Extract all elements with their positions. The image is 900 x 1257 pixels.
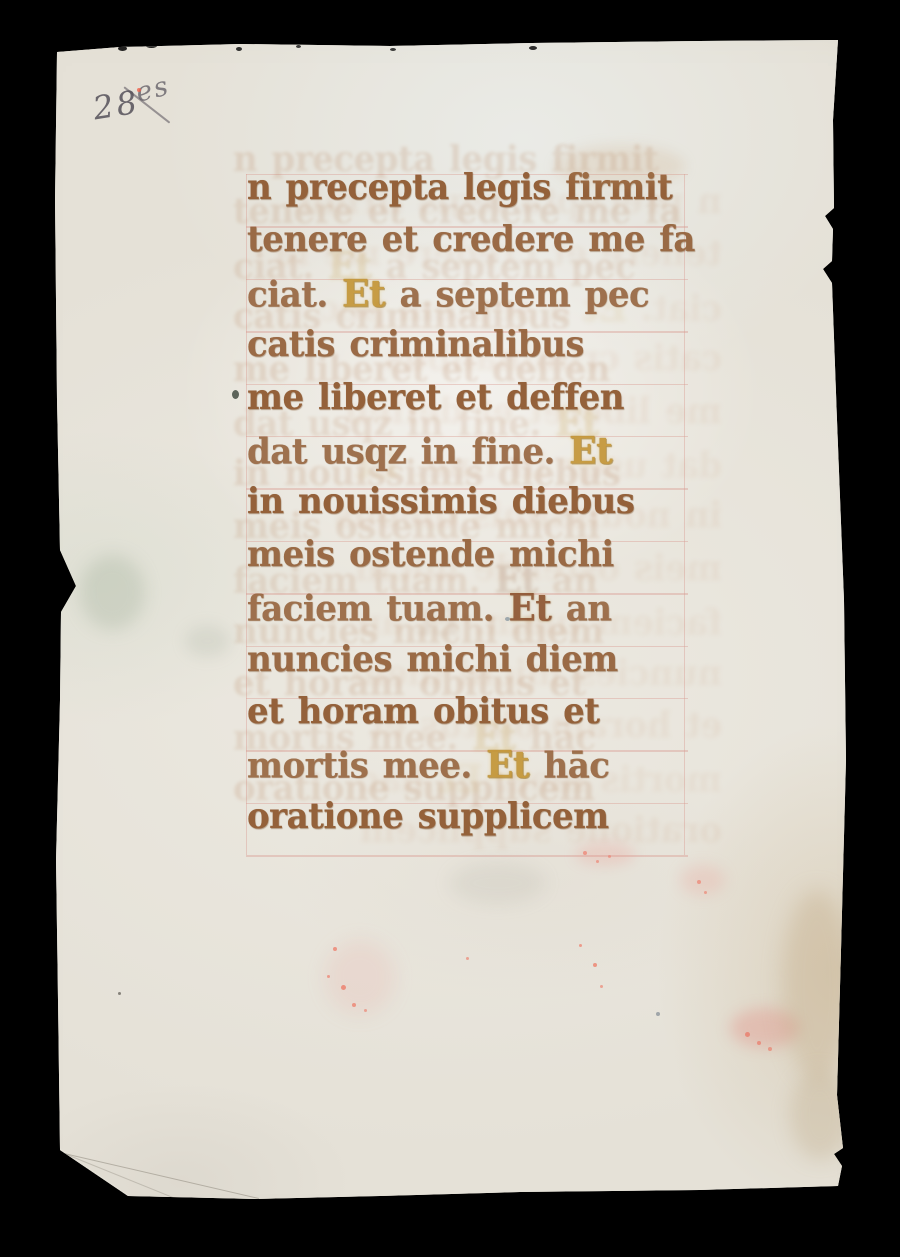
pink-smudge bbox=[680, 865, 725, 895]
manuscript-text-line: n precepta legis firmit bbox=[247, 167, 697, 221]
text-segment: oratione supplicem bbox=[247, 796, 609, 838]
edge-speck bbox=[390, 48, 396, 51]
illuminated-initial: Et bbox=[569, 429, 612, 473]
pink-smudge bbox=[730, 1008, 800, 1048]
text-segment: an bbox=[551, 588, 611, 630]
corner-inscription: es bbox=[133, 70, 173, 108]
text-segment: catis criminalibus bbox=[247, 324, 584, 366]
pink-smudge bbox=[325, 940, 395, 1015]
text-segment: in nouissimis diebus bbox=[247, 481, 635, 523]
text-segment: et horam obitus et bbox=[247, 691, 599, 733]
text-segment: nuncies michi diem bbox=[247, 638, 618, 680]
illuminated-initial: Et bbox=[486, 743, 529, 787]
edge-speck bbox=[236, 47, 242, 51]
red-stain-dot bbox=[341, 985, 346, 990]
manuscript-text-line: ciat. Et a septem pec bbox=[247, 272, 697, 326]
tan-stain bbox=[790, 1070, 850, 1160]
red-stain-dot bbox=[768, 1047, 772, 1051]
edge-speck bbox=[529, 46, 537, 50]
manuscript-text-line: catis criminalibus bbox=[247, 324, 697, 378]
red-stain-dot bbox=[352, 1003, 356, 1007]
red-stain-dot bbox=[593, 963, 597, 967]
text-segment: faciem tuam. bbox=[247, 588, 508, 630]
red-stain-dot bbox=[579, 944, 582, 947]
red-stain-dot bbox=[600, 985, 603, 988]
illuminated-initial: Et bbox=[342, 272, 385, 316]
text-segment: a septem pec bbox=[385, 274, 649, 316]
red-stain-dot bbox=[466, 957, 469, 960]
manuscript-leaf: n precepta legis firmittenere et credere… bbox=[0, 0, 900, 1257]
text-segment: dat usqz in fine. bbox=[247, 431, 569, 473]
manuscript-text-line: meis ostende michi bbox=[247, 534, 697, 588]
text-segment: tenere et credere me fa bbox=[247, 219, 695, 261]
red-stain-dot bbox=[697, 880, 701, 884]
text-segment: hāc bbox=[529, 745, 609, 787]
manuscript-photo: n precepta legis firmittenere et credere… bbox=[0, 0, 900, 1257]
red-stain-dot bbox=[364, 1009, 367, 1012]
red-stain-dot bbox=[745, 1032, 750, 1037]
manuscript-text-line: faciem tuam. Et an bbox=[247, 586, 697, 640]
grey-smudge bbox=[450, 862, 545, 904]
manuscript-text-line: nuncies michi diem bbox=[247, 638, 697, 692]
text-segment: n precepta legis firmit bbox=[247, 167, 672, 209]
manuscript-text-line: oratione supplicem bbox=[247, 796, 697, 850]
text-segment: me liberet et deffen bbox=[247, 377, 624, 419]
edge-speck bbox=[118, 46, 127, 51]
text-segment: mortis mee. bbox=[247, 745, 486, 787]
grey-green-smudge bbox=[80, 555, 145, 630]
edge-speck bbox=[146, 44, 157, 48]
red-stain-dot bbox=[327, 975, 330, 978]
red-stain-dot bbox=[333, 947, 337, 951]
red-stain-dot bbox=[596, 860, 599, 863]
manuscript-text-line: tenere et credere me fa bbox=[247, 219, 697, 273]
ink-speck bbox=[656, 1012, 660, 1016]
grey-green-smudge bbox=[185, 625, 230, 657]
manuscript-text-line: mortis mee. Et hāc bbox=[247, 743, 697, 797]
ruling-line-horizontal bbox=[246, 855, 688, 856]
tan-stain bbox=[782, 890, 852, 1080]
manuscript-text-line: et horam obitus et bbox=[247, 691, 697, 745]
red-stain-dot bbox=[757, 1041, 761, 1045]
ink-speck bbox=[118, 992, 121, 995]
text-segment: ciat. bbox=[247, 274, 342, 316]
manuscript-text-line: me liberet et deffen bbox=[247, 377, 697, 431]
text-block: n precepta legis firmittenere et credere… bbox=[247, 168, 697, 849]
manuscript-text-line: dat usqz in fine. Et bbox=[247, 429, 697, 483]
illuminated-initial: Et bbox=[508, 586, 551, 630]
text-segment: meis ostende michi bbox=[247, 534, 614, 576]
red-stain-dot bbox=[704, 891, 707, 894]
manuscript-text-line: in nouissimis diebus bbox=[247, 481, 697, 535]
ink-speck bbox=[232, 390, 239, 399]
edge-speck bbox=[296, 45, 301, 48]
